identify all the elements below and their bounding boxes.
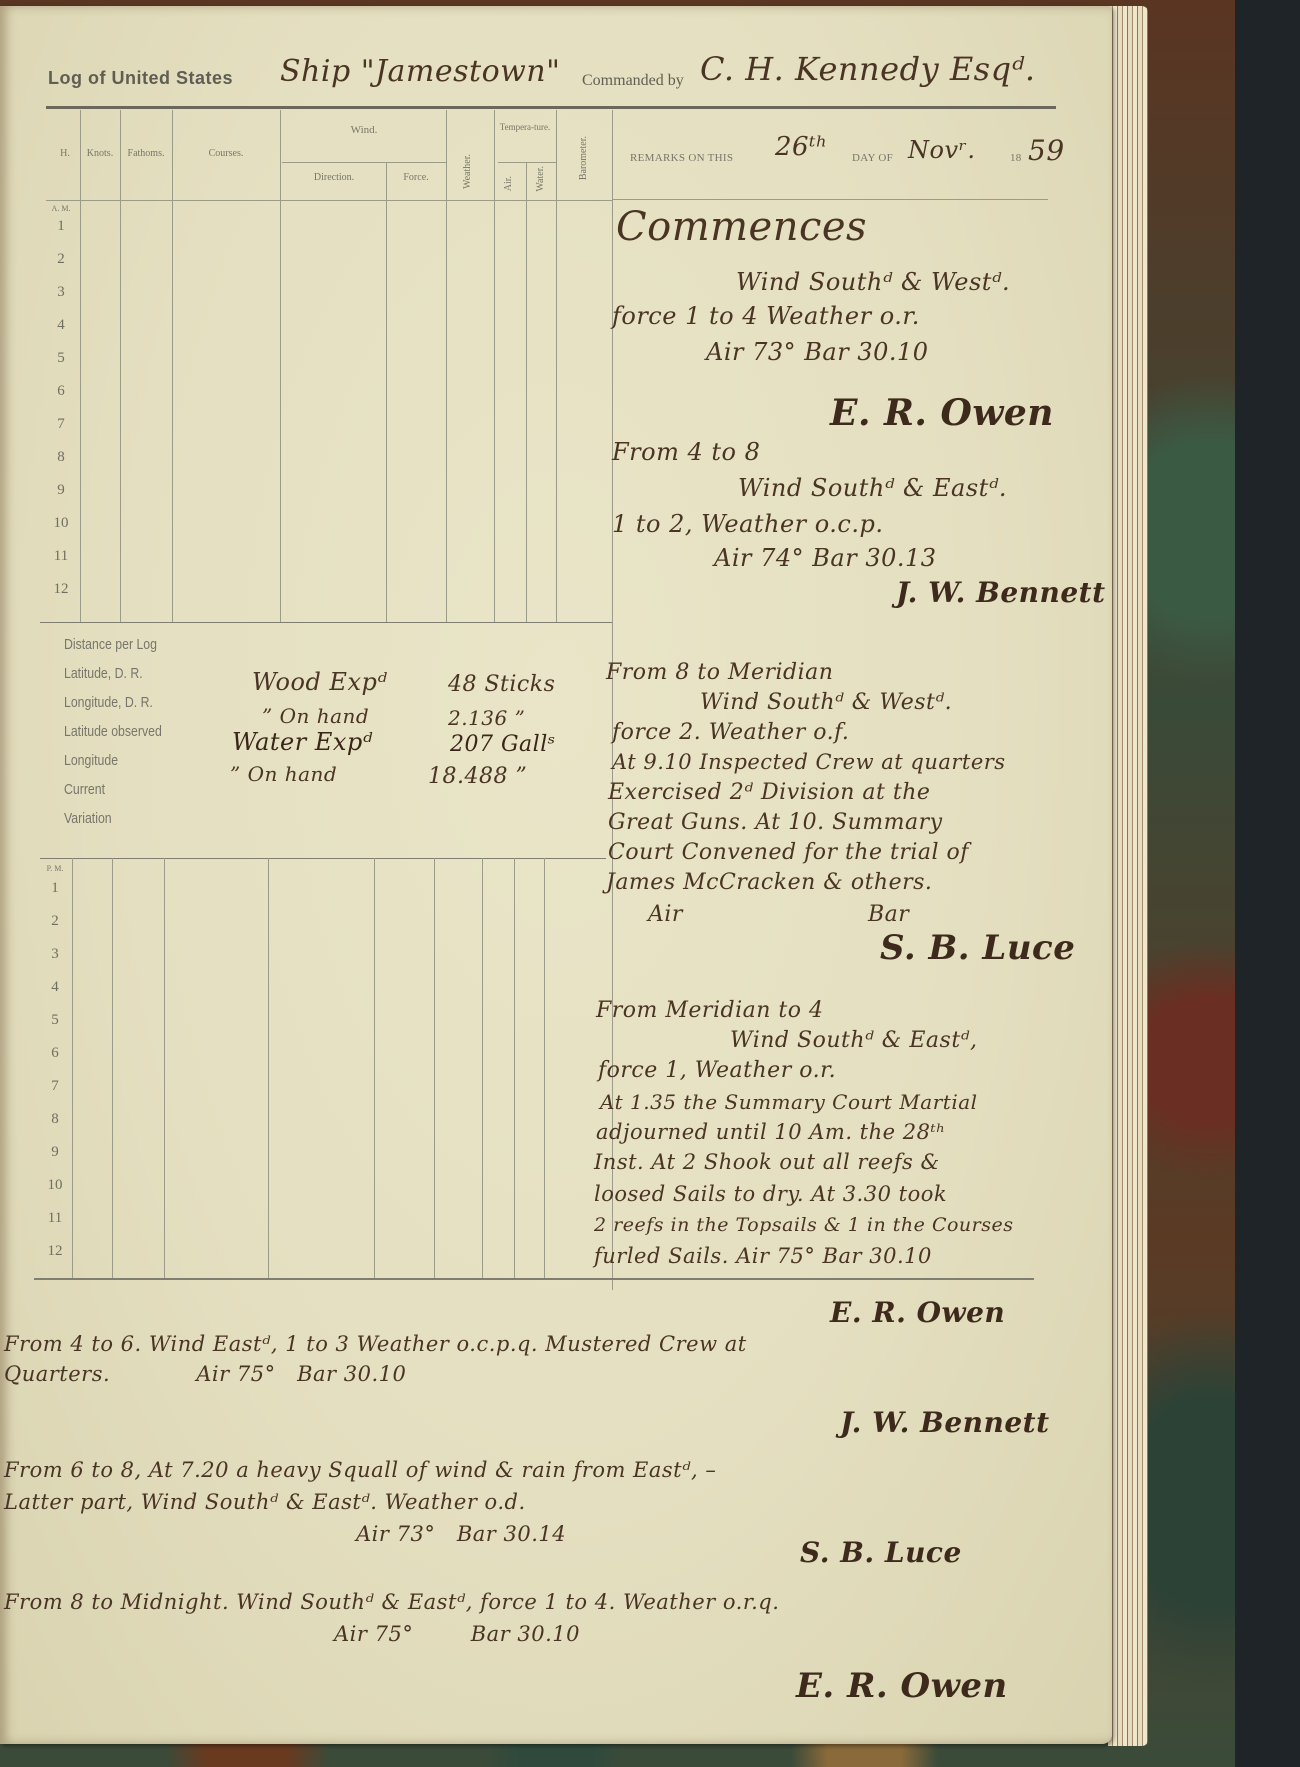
remark-line: loosed Sails to dry. At 3.30 took [594,1182,947,1206]
grid-line [482,858,483,1278]
remark-line: Inst. At 2 Shook out all reefs & [594,1150,940,1174]
remarks-day: 26ᵗʰ [775,132,828,162]
label-longitude: Longitude [64,752,118,769]
am-hour: 5 [46,350,76,367]
ship-name: Ship "Jamestown" [280,54,560,89]
am-hour: 4 [46,317,76,334]
col-temp-air: Air. [503,176,514,191]
remark-line: Air 75° Bar 30.10 [334,1622,580,1646]
col-knots: Knots. [80,148,120,159]
grid-line [80,110,81,622]
remark-line: Court Convened for the trial of [608,840,969,865]
signature: E. R. Owen [796,1666,1008,1706]
remark-line: At 9.10 Inspected Crew at quarters [612,750,1006,774]
pm-hour: 11 [40,1210,70,1227]
grid-line [172,110,173,622]
col-weather: Weather. [462,154,473,189]
printed-title: Log of United States [48,68,233,89]
label-current: Current [64,781,105,798]
remark-line: Wind Southᵈ & Eastᵈ, [730,1028,977,1053]
remarks-header-rule [612,199,1048,200]
remark-line: At 1.35 the Summary Court Martial [600,1090,978,1114]
remark-line: From 4 to 6. Wind Eastᵈ, 1 to 3 Weather … [4,1332,747,1356]
page-edges [1108,6,1148,1746]
grid-line [112,858,113,1278]
am-hour: 8 [46,449,76,466]
remark-line: From 4 to 8 [612,438,760,466]
grid-line [120,110,121,622]
col-temp-water: Water. [535,166,546,192]
col-temperature: Tempera-ture. [494,122,556,132]
year-suffix: 59 [1028,134,1065,167]
remark-line: Air 73° Bar 30.10 [706,338,929,366]
signature: E. R. Owen [830,392,1054,434]
am-hour: 1 [46,218,76,235]
signature: E. R. Owen [830,1296,1005,1329]
label-longitude-dr: Longitude, D. R. [64,694,153,711]
day-of-label: DAY OF [852,152,893,164]
remark-line: From Meridian to 4 [596,998,823,1023]
pm-hour: 7 [40,1078,70,1095]
expenditure-item: Water Expᵈ [232,728,373,756]
remark-line: force 1 to 4 Weather o.r. [612,302,920,330]
remark-line: Exercised 2ᵈ Division at the [608,780,930,805]
am-hour: 3 [46,284,76,301]
am-hour: 11 [46,548,76,565]
pm-hour: 10 [40,1177,70,1194]
col-wind: Wind. [282,124,446,136]
remark-line: 2 reefs in the Topsails & 1 in the Cours… [594,1214,1013,1236]
col-h: H. [50,148,80,159]
grid-line [434,858,435,1278]
signature: J. W. Bennett [896,576,1106,609]
pm-bottom-rule [34,1278,1034,1280]
remarks-label: REMARKS ON THIS [630,152,733,164]
grid-line [72,858,73,1278]
expenditure-item: ” On hand [262,704,369,728]
am-hour: 2 [46,251,76,268]
am-hour: 7 [46,416,76,433]
pm-hour: 8 [40,1111,70,1128]
pm-hour: 2 [40,913,70,930]
pm-hour: 12 [40,1243,70,1260]
remark-line: James McCracken & others. [606,870,932,895]
grid-line [374,858,375,1278]
pm-hour: 9 [40,1144,70,1161]
am-label: A. M. [46,204,76,213]
col-wind-direction: Direction. [282,172,386,183]
am-hour: 6 [46,383,76,400]
wind-subrule [282,162,446,163]
remark-line: 1 to 2, Weather o.c.p. [612,510,884,538]
col-wind-force: Force. [386,172,446,183]
remark-line: Wind Southᵈ & Westᵈ. [736,268,1010,296]
expenditure-amount: 2.136 ” [448,706,525,730]
col-barometer: Barometer. [578,136,589,180]
label-latitude-dr: Latitude, D. R. [64,665,143,682]
remark-line: adjourned until 10 Am. the 28ᵗʰ [596,1120,946,1144]
signature: S. B. Luce [880,928,1075,968]
remark-line: From 8 to Meridian [606,660,833,685]
am-hour: 12 [46,581,76,598]
remark-line: Wind Southᵈ & Eastᵈ. [738,474,1007,502]
grid-line [526,162,527,622]
temp-subrule [498,162,556,163]
summary-bottom-rule [40,858,606,859]
expenditure-item: Wood Expᵈ [252,668,387,696]
remark-line: furled Sails. Air 75° Bar 30.10 [594,1244,932,1268]
commander-name: C. H. Kennedy Esqᵈ. [700,50,1036,88]
pm-hour: 4 [40,979,70,996]
log-page: Log of United States Ship "Jamestown" Co… [0,6,1112,1744]
remark-line: Commences [616,204,867,250]
am-bottom-rule [40,622,612,623]
expenditure-amount: 48 Sticks [448,672,555,697]
signature: J. W. Bennett [840,1406,1050,1439]
grid-line [514,858,515,1278]
remark-line: From 8 to Midnight. Wind Southᵈ & Eastᵈ,… [4,1590,779,1614]
pm-hour: 3 [40,946,70,963]
grid-line [386,162,387,622]
col-fathoms: Fathoms. [120,148,172,159]
grid-line [164,858,165,1278]
remark-line: force 1, Weather o.r. [598,1058,836,1083]
grid-line [268,858,269,1278]
label-variation: Variation [64,810,112,827]
expenditure-item: ” On hand [230,762,337,786]
remark-line: From 6 to 8, At 7.20 a heavy Squall of w… [4,1458,716,1482]
grid-line [544,858,545,1278]
remark-line: Latter part, Wind Southᵈ & Eastᵈ. Weathe… [4,1490,526,1514]
col-courses: Courses. [172,148,280,159]
label-distance: Distance per Log [64,636,157,653]
grid-line [556,110,557,622]
grid-line [494,110,495,622]
expenditure-amount: 18.488 ” [428,764,527,789]
remark-line: Bar [868,902,909,927]
remarks-month: Novʳ. [908,136,975,164]
signature: S. B. Luce [800,1536,962,1569]
grid-line [446,110,447,622]
remark-line: Air [648,902,683,927]
grid-line [280,110,281,622]
remark-line: Wind Southᵈ & Westᵈ. [700,690,952,715]
remark-line: Great Guns. At 10. Summary [608,810,943,835]
am-hour: 10 [46,515,76,532]
year-prefix: 18 [1010,152,1022,164]
title-rule [46,106,1056,109]
table-header-rule [46,200,612,201]
pm-label: P. M. [40,864,70,873]
remark-line: force 2. Weather o.f. [612,720,849,745]
expenditure-amount: 207 Gallˢ [450,732,556,757]
remark-line: Air 73° Bar 30.14 [356,1522,566,1546]
am-hour: 9 [46,482,76,499]
remark-line: Air 74° Bar 30.13 [714,544,937,572]
pm-hour: 1 [40,880,70,897]
remark-line: Quarters. Air 75° Bar 30.10 [4,1362,406,1386]
pm-hour: 5 [40,1012,70,1029]
commanded-by-label: Commanded by [582,72,684,90]
label-latitude-observed: Latitude observed [64,723,162,740]
pm-hour: 6 [40,1045,70,1062]
